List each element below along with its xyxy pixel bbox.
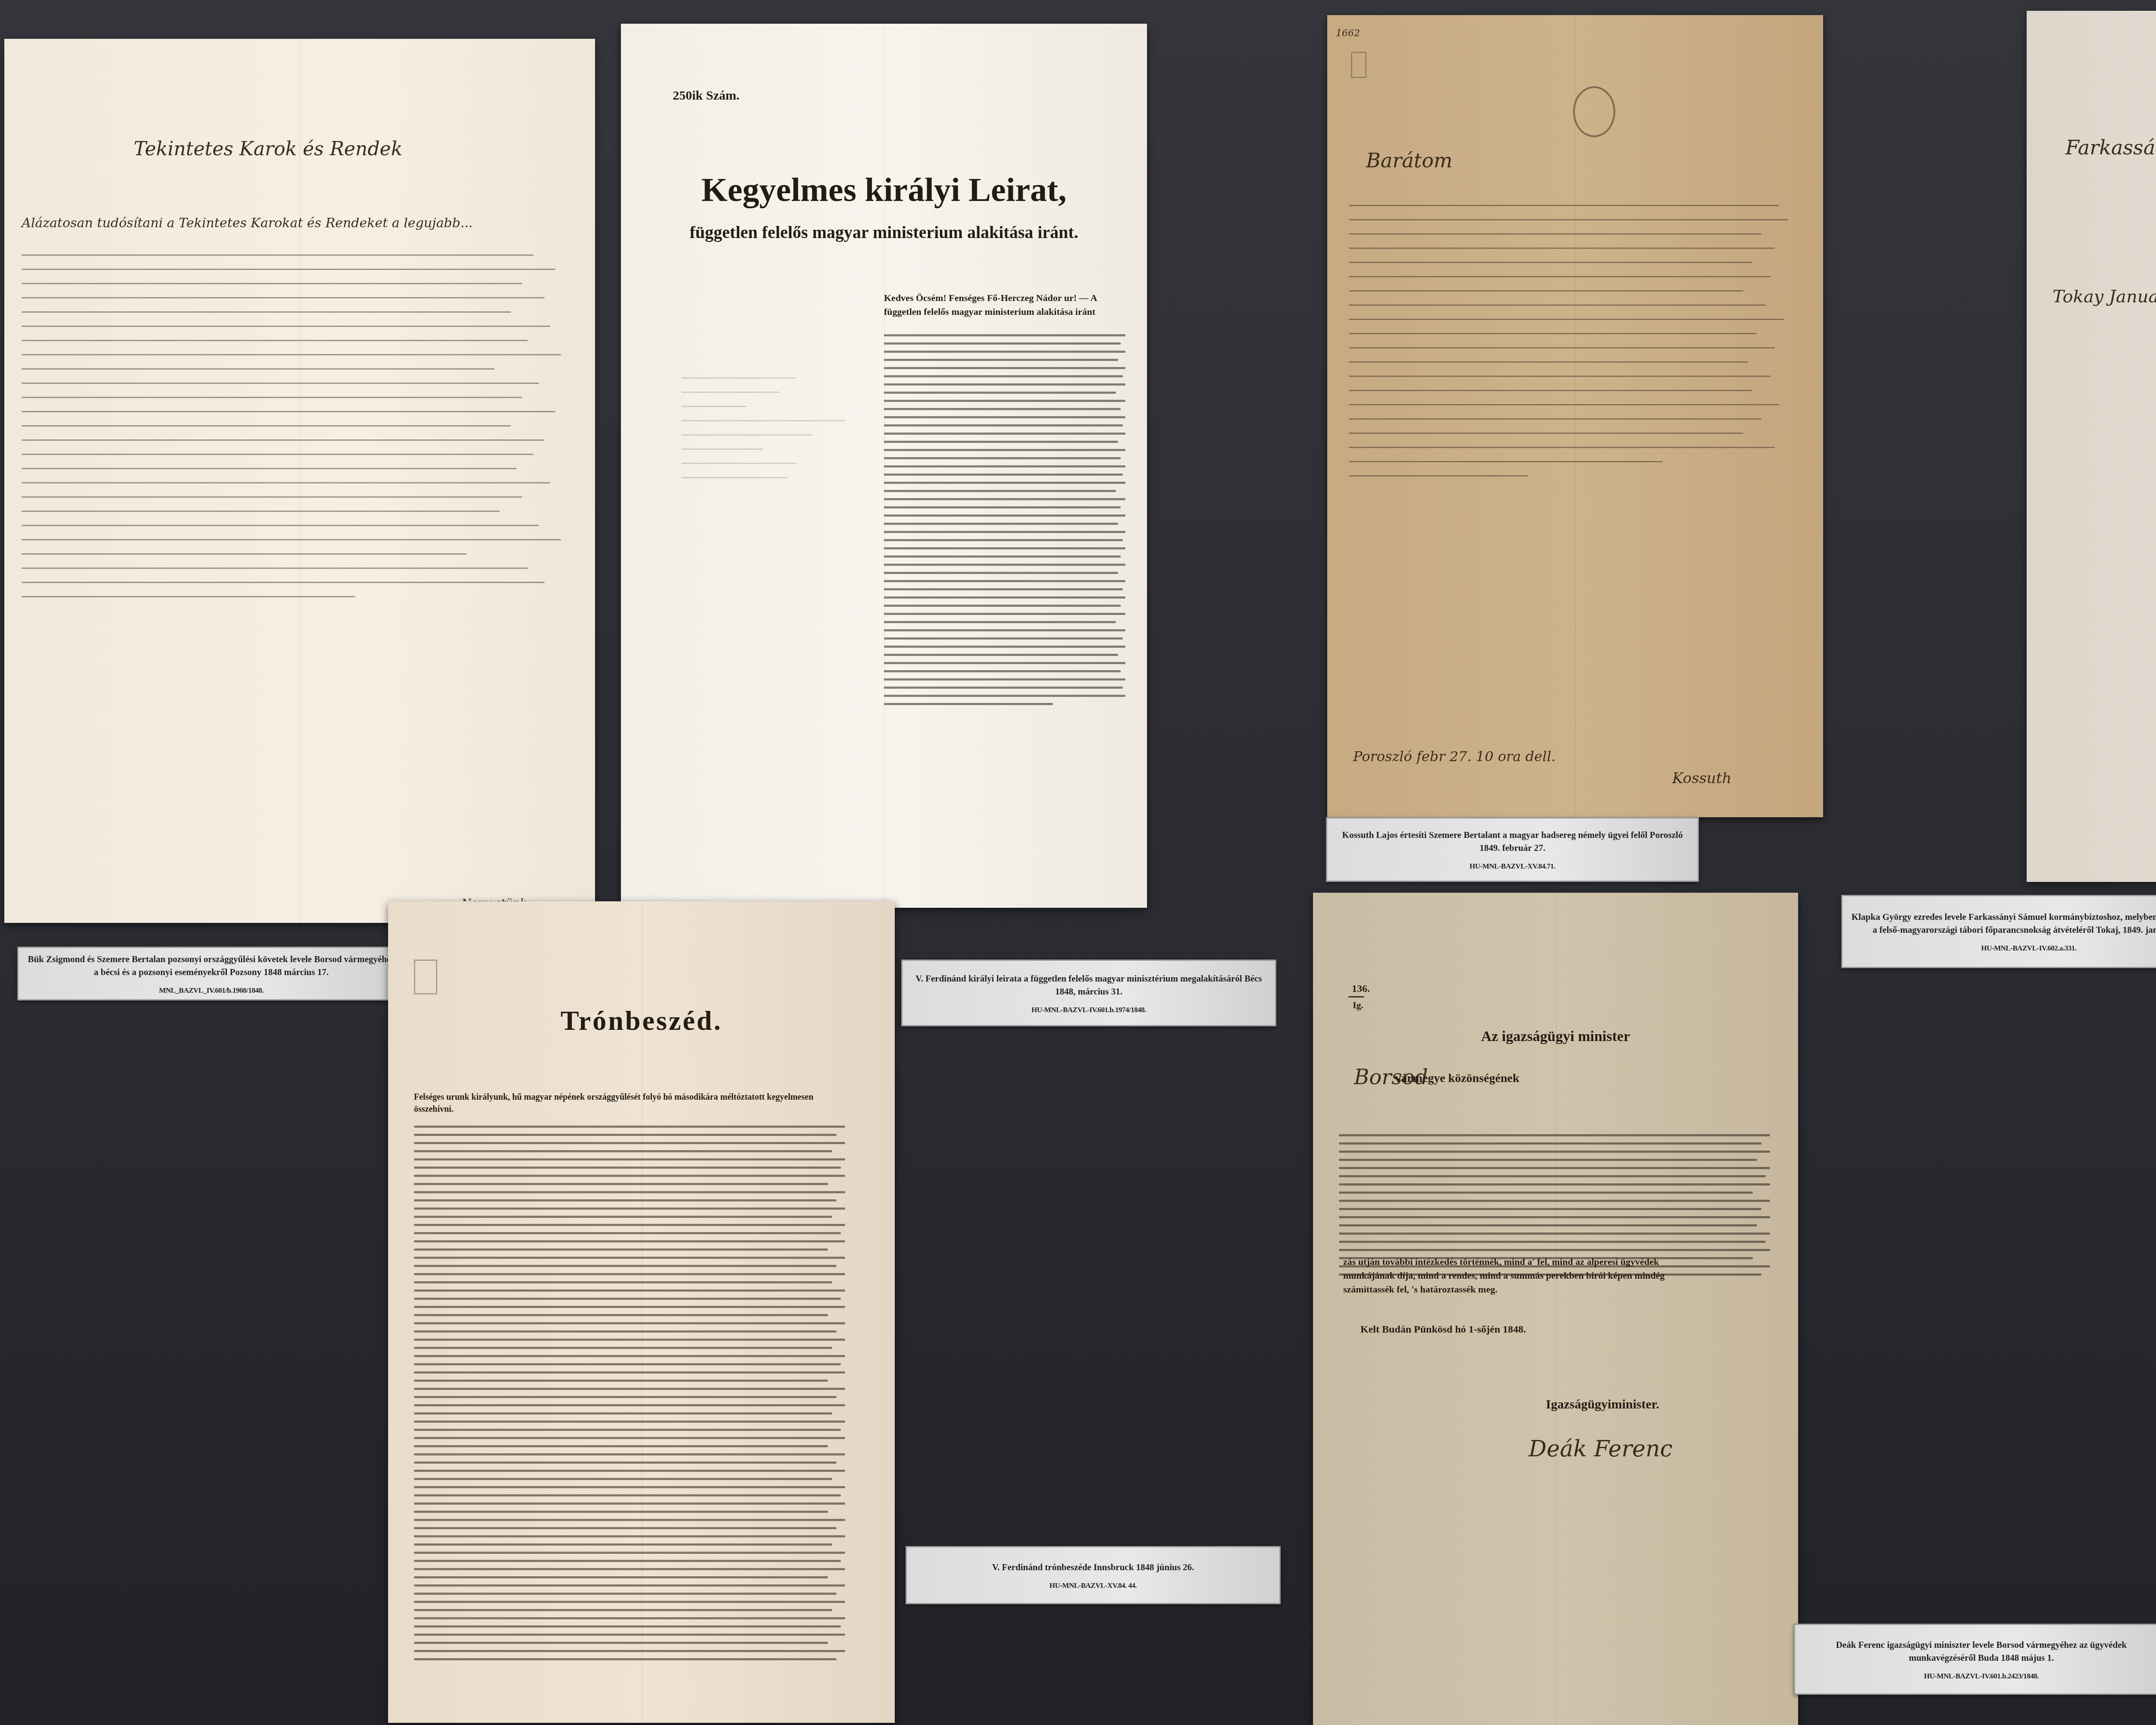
label-klapka-letter: Klapka György ezredes levele Farkassányi… bbox=[1841, 895, 2156, 968]
letter-heading: Tekintetes Karok és Rendek bbox=[134, 138, 402, 160]
date-line: Tokay Januar hó 14e 1849. bbox=[2053, 287, 2156, 307]
label-kossuth-letter: Kossuth Lajos értesíti Szemere Bertalant… bbox=[1326, 817, 1699, 882]
decree-title: Kegyelmes királyi Leirat, bbox=[621, 170, 1147, 209]
museum-stamp bbox=[414, 960, 437, 994]
label-archive-ref: HU-MNL-BAZVL-IV.602.a.331. bbox=[1851, 944, 2156, 953]
decree-faint-marginalia bbox=[681, 377, 845, 491]
speech-title: Trónbeszéd. bbox=[388, 1005, 895, 1037]
handwritten-body bbox=[1349, 205, 1797, 489]
document-kossuth-letter: 1662 Barátom Poroszló febr 27. 10 ora de… bbox=[1327, 15, 1823, 817]
label-archive-ref: HU-MNL-BAZVL-XV.84. 44. bbox=[915, 1581, 1271, 1590]
document-klapka-letter: Jóhadi Szabó Farkassányi Kormánybiztos ú… bbox=[2027, 11, 2156, 882]
label-archive-ref: HU-MNL-BAZVL-XV.84.71. bbox=[1336, 862, 1689, 871]
label-kiralyi-leirat: V. Ferdinánd királyi leirata a független… bbox=[901, 960, 1276, 1026]
letter-opening-line: Alázatosan tudósítani a Tekintetes Karok… bbox=[22, 216, 578, 231]
speech-body-text bbox=[414, 1126, 845, 1666]
salutation: Barátom bbox=[1366, 149, 1452, 172]
signature-kossuth: Kossuth bbox=[1672, 770, 1731, 787]
label-title: Bük Zsigmond és Szemere Bertalan pozsony… bbox=[27, 953, 395, 979]
speech-body-start: Felséges urunk királyunk, hű magyar népé… bbox=[414, 1091, 845, 1115]
document-tronbeszed: Trónbeszéd. Felséges urunk királyunk, hű… bbox=[388, 901, 895, 1723]
label-bük-szemere-letter: Bük Zsigmond és Szemere Bertalan pozsony… bbox=[17, 947, 405, 1000]
ordinance-body-end: zás utján további intézkedés történnék, … bbox=[1343, 1255, 1697, 1296]
archive-stamp bbox=[1351, 52, 1366, 78]
corner-note: 1662 bbox=[1336, 28, 1360, 39]
label-title: Kossuth Lajos értesíti Szemere Bertalant… bbox=[1336, 828, 1689, 854]
fraction-line bbox=[1348, 996, 1364, 997]
date-line: Poroszló febr 27. 10 ora dell. bbox=[1353, 748, 1556, 765]
seal-stamp bbox=[1573, 86, 1615, 137]
date-line: Kelt Budán Pünkösd hó 1-sőjén 1848. bbox=[1360, 1324, 1526, 1336]
label-deak-ordinance: Deák Ferenc igazságügyi miniszter levele… bbox=[1794, 1624, 2156, 1695]
label-title: Klapka György ezredes levele Farkassányi… bbox=[1851, 910, 2156, 936]
decree-body-text bbox=[884, 334, 1125, 711]
addressee-printed: vármegye közönségének bbox=[1395, 1072, 1520, 1085]
label-title: V. Ferdinánd trónbeszéde Innsbruck 1848 … bbox=[915, 1561, 1271, 1574]
signature-deak: Deák Ferenc bbox=[1529, 1436, 1673, 1462]
decree-subtitle: független felelős magyar ministerium ala… bbox=[621, 222, 1147, 242]
number-bottom: Ig. bbox=[1353, 1000, 1363, 1011]
handwritten-body bbox=[22, 254, 578, 610]
label-title: V. Ferdinánd királyi leirata a független… bbox=[911, 972, 1266, 998]
label-title: Deák Ferenc igazságügyi miniszter levele… bbox=[1804, 1638, 2156, 1664]
label-tronbeszed: V. Ferdinánd trónbeszéde Innsbruck 1848 … bbox=[906, 1546, 1281, 1604]
document-kiralyi-leirat: 250ik Szám. Kegyelmes királyi Leirat, fü… bbox=[621, 24, 1147, 908]
address-line: Farkassányi Kormánybiztos úrnak bbox=[2065, 136, 2156, 159]
label-archive-ref: MNL_BAZVL_IV.601/b.1908/1848. bbox=[27, 986, 395, 995]
signer-title: Igazságügyiminister. bbox=[1546, 1397, 1659, 1412]
decree-number: 250ik Szám. bbox=[673, 88, 740, 103]
document-bük-szemere-letter: Tekintetes Karok és Rendek Alázatosan tu… bbox=[4, 39, 595, 923]
label-archive-ref: HU-MNL-BAZVL-IV.601.b.2423/1848. bbox=[1804, 1672, 2156, 1681]
decree-body-start: Kedves Öcsém! Fenséges Fő-Herczeg Nádor … bbox=[884, 291, 1125, 319]
number-top: 136. bbox=[1352, 983, 1370, 995]
document-deak-ordinance: 136. Ig. Az igazságügyi minister Borsod … bbox=[1313, 893, 1798, 1725]
label-archive-ref: HU-MNL-BAZVL-IV.601.b.1974/1848. bbox=[911, 1006, 1266, 1014]
ordinance-heading: Az igazságügyi minister bbox=[1313, 1029, 1798, 1045]
